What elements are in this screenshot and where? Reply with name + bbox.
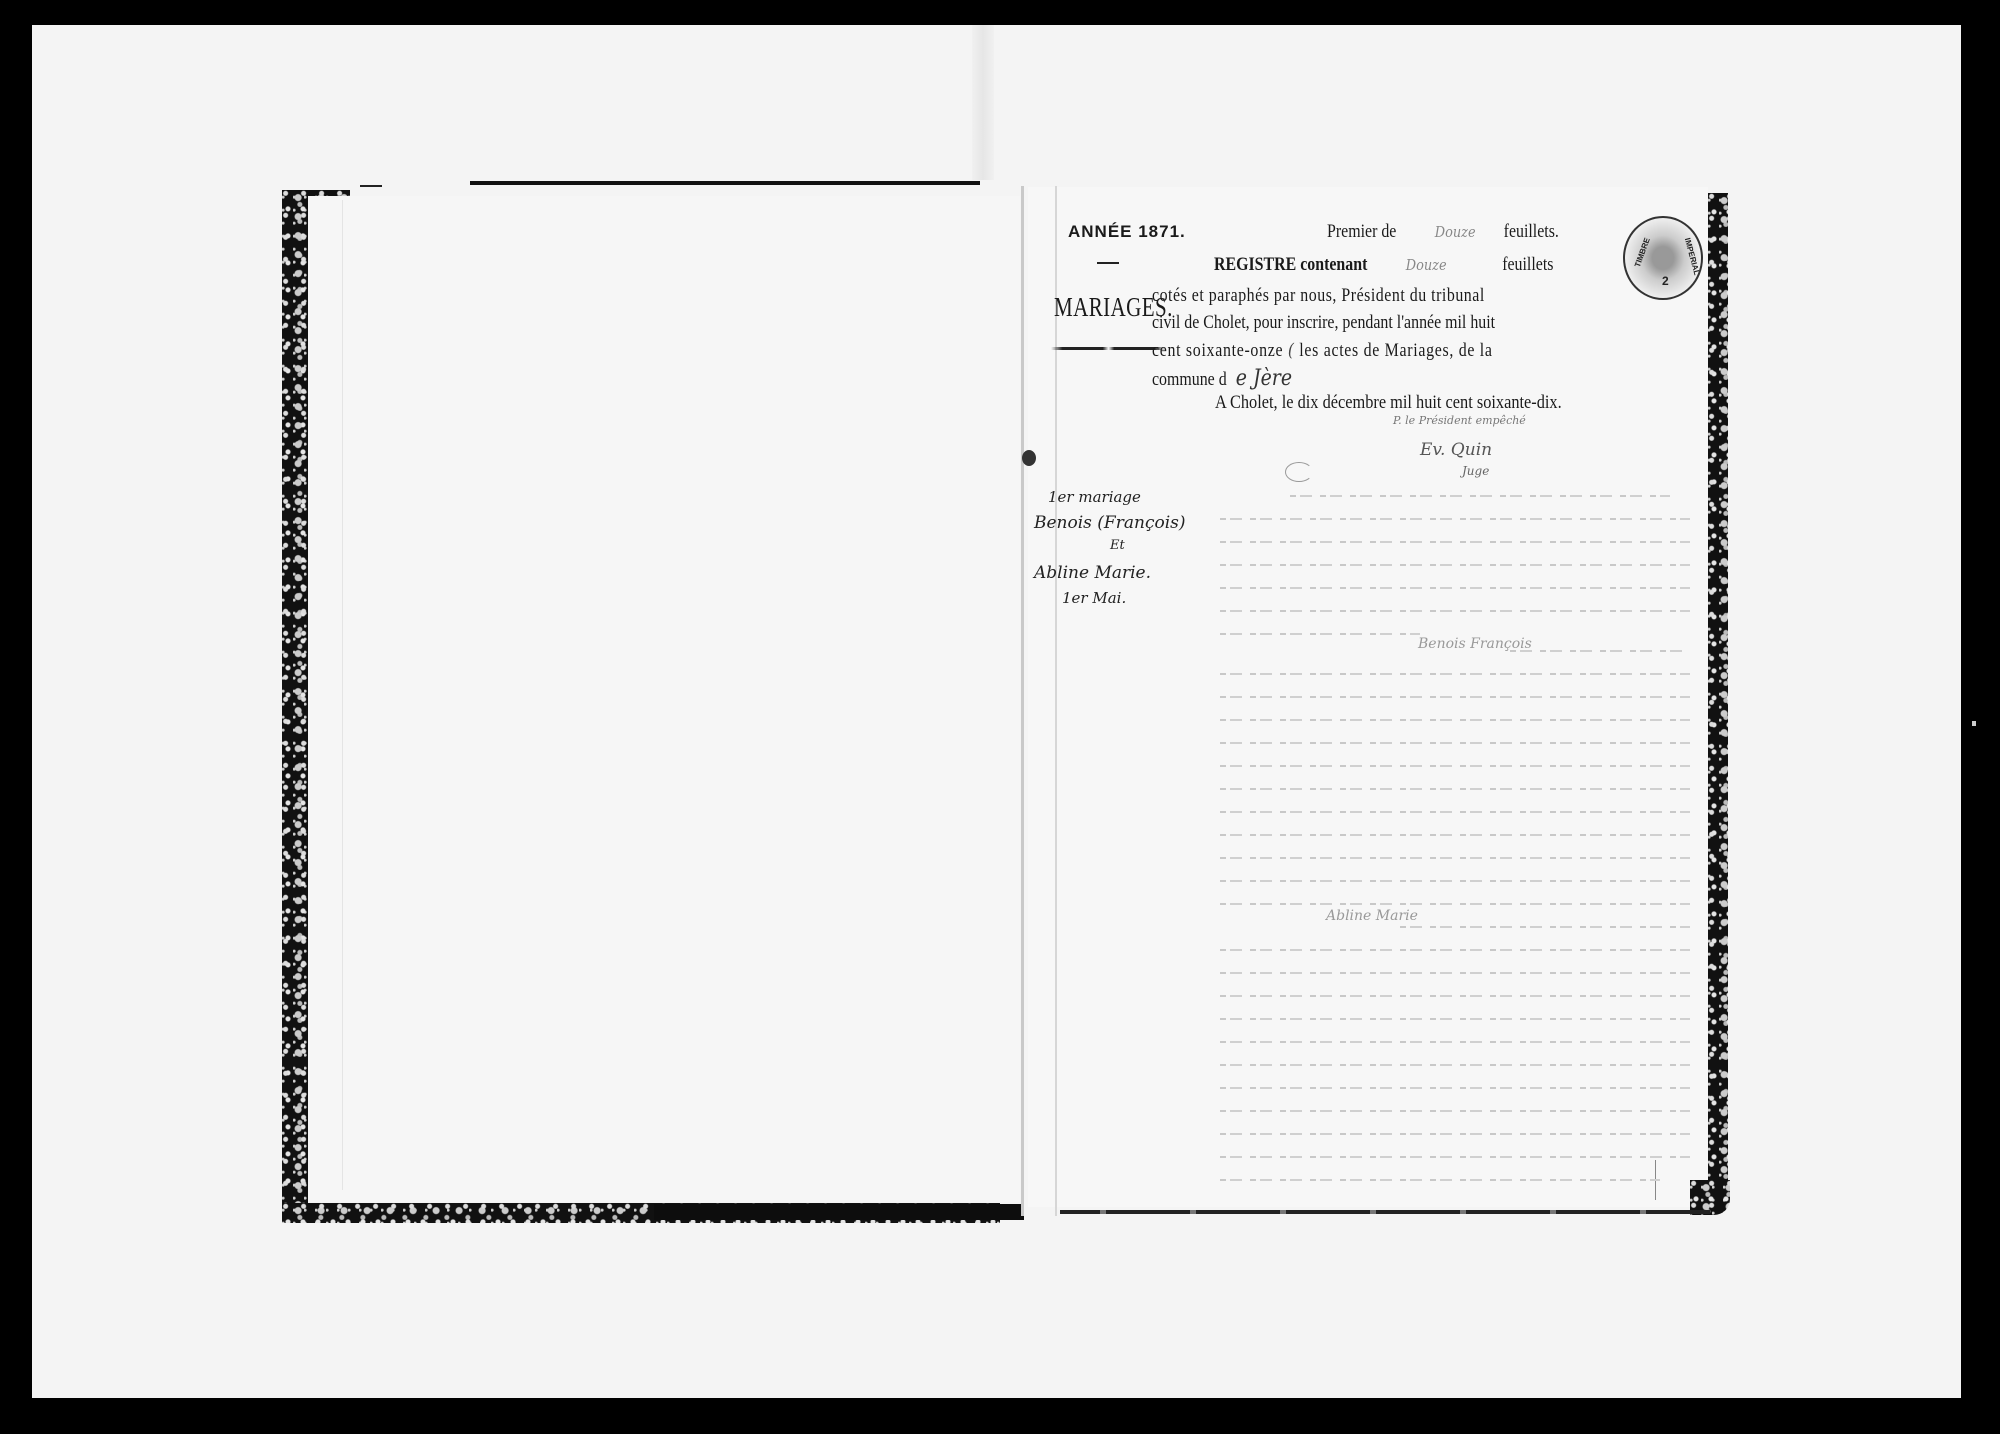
margin-entry-number: 1er mariage	[1048, 488, 1141, 506]
register-line-2: REGISTRE contenant Douze feuillets	[1214, 255, 1553, 276]
binding-clip-mark	[1022, 450, 1036, 466]
line1-suffix: feuillets.	[1504, 222, 1559, 242]
year-label: ANNÉE 1871.	[1068, 222, 1186, 242]
right-page-bottom-edge	[1060, 1210, 1710, 1214]
body-bride-name: Abline Marie	[1326, 908, 1418, 924]
register-line-6: commune d e Jère	[1152, 366, 1292, 391]
scanner-shadow-band	[972, 25, 994, 180]
stamp-text-timbre: TIMBRE	[1633, 237, 1652, 269]
stamp-value: 2	[1662, 274, 1669, 288]
handwritten-paren: (	[1288, 340, 1295, 361]
right-cover-binding	[1708, 193, 1728, 1193]
left-page-fold-line	[342, 200, 343, 1190]
body-groom-name: Benois François	[1418, 636, 1532, 652]
line1-prefix: Premier de	[1327, 222, 1396, 242]
register-line-4: civil de Cholet, pour inscrire, pendant …	[1152, 313, 1495, 334]
gutter-line	[1021, 186, 1024, 1216]
left-cover-binding-bottom-dark	[654, 1204, 1024, 1220]
leaf-count-handwritten: Douze	[1435, 223, 1476, 241]
header-dash	[1097, 262, 1119, 264]
margin-entry-date: 1er Mai.	[1062, 589, 1126, 607]
stamp-text-imperial: IMPERIAL	[1683, 237, 1702, 276]
margin-entry-groom: Benois (François)	[1034, 513, 1186, 533]
signature-line-1: P. le Président empêché	[1393, 414, 1526, 427]
left-page-top-edge	[470, 181, 980, 185]
section-rule	[1051, 347, 1166, 350]
left-page-blank	[308, 196, 1020, 1202]
signature-title: Juge	[1462, 464, 1489, 478]
line2-suffix: feuillets	[1502, 255, 1553, 275]
margin-entry-conjunction: Et	[1110, 538, 1125, 553]
leaf-count-handwritten-2: Douze	[1406, 256, 1447, 274]
left-cover-binding	[282, 190, 308, 1222]
margin-entry-bride: Abline Marie.	[1034, 563, 1151, 583]
register-line-5: cent soixante-onze ( les actes de Mariag…	[1152, 340, 1493, 362]
commune-name-handwritten: e Jère	[1236, 366, 1292, 391]
line2-prefix: REGISTRE contenant	[1214, 255, 1367, 275]
scan-edge-mark	[1972, 721, 1976, 726]
register-line-1: Premier de Douze feuillets.	[1327, 222, 1559, 243]
imperial-tax-stamp: TIMBRE IMPERIAL 2	[1623, 216, 1703, 300]
line5-suffix: les actes de Mariages, de la	[1299, 341, 1492, 361]
line6-prefix: commune d	[1152, 370, 1227, 390]
register-line-3: cotés et paraphés par nous, Président du…	[1152, 286, 1485, 307]
margin-rule-line	[1055, 186, 1057, 1216]
signature-name: Ev. Quin	[1420, 440, 1492, 460]
line5-prefix: cent soixante-onze	[1152, 341, 1283, 361]
left-page-top-edge	[360, 185, 382, 187]
signature-flourish	[1285, 462, 1313, 482]
dateline: A Cholet, le dix décembre mil huit cent …	[1215, 392, 1562, 414]
